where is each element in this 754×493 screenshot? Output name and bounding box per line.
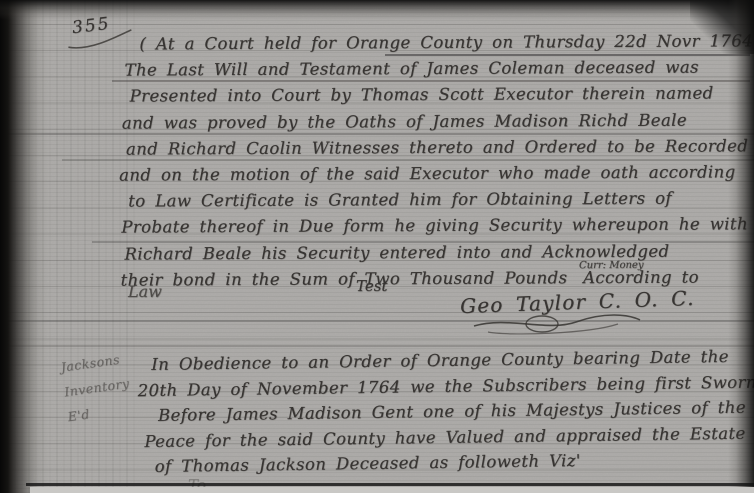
- entry-line: to Law Certificate is Granted him for Ob…: [118, 186, 734, 215]
- top-edge-shadow: [0, 0, 754, 20]
- appraisal-entry: In Obedience to an Order of Orange Count…: [137, 344, 739, 480]
- law-word: Law: [128, 282, 162, 301]
- margin-note: Jacksons Inventory E'd: [59, 346, 134, 429]
- entry-line: ( At a Court held for Orange County on T…: [117, 28, 733, 57]
- entry-line: The Last Will and Testament of James Col…: [117, 55, 733, 84]
- signature-flourish: [468, 310, 648, 340]
- entry-line: Probate thereof in Due form he giving Se…: [118, 212, 734, 241]
- attestation-label: Test: [356, 277, 387, 295]
- entry-line: and Richard Caolin Witnesses thereto and…: [118, 133, 734, 162]
- right-edge-shadow: [728, 0, 754, 493]
- probate-entry: ( At a Court held for Orange County on T…: [117, 28, 734, 293]
- bond-line-text: their bond in the Sum of Two Thousand Po…: [121, 268, 568, 289]
- document-scan-page: 355 ( At a Court held for Orange County …: [0, 0, 754, 493]
- left-edge-shadow: [0, 0, 48, 493]
- bottom-page-edge: [30, 487, 754, 493]
- entry-line: and was proved by the Oaths of James Mad…: [118, 107, 734, 136]
- interlinear-insertion: Curr: Money: [579, 253, 644, 280]
- bottom-rule-line: [26, 483, 754, 486]
- entry-line: and on the motion of the said Executor w…: [118, 159, 734, 188]
- entry-line: Presented into Court by Thomas Scott Exe…: [118, 81, 734, 110]
